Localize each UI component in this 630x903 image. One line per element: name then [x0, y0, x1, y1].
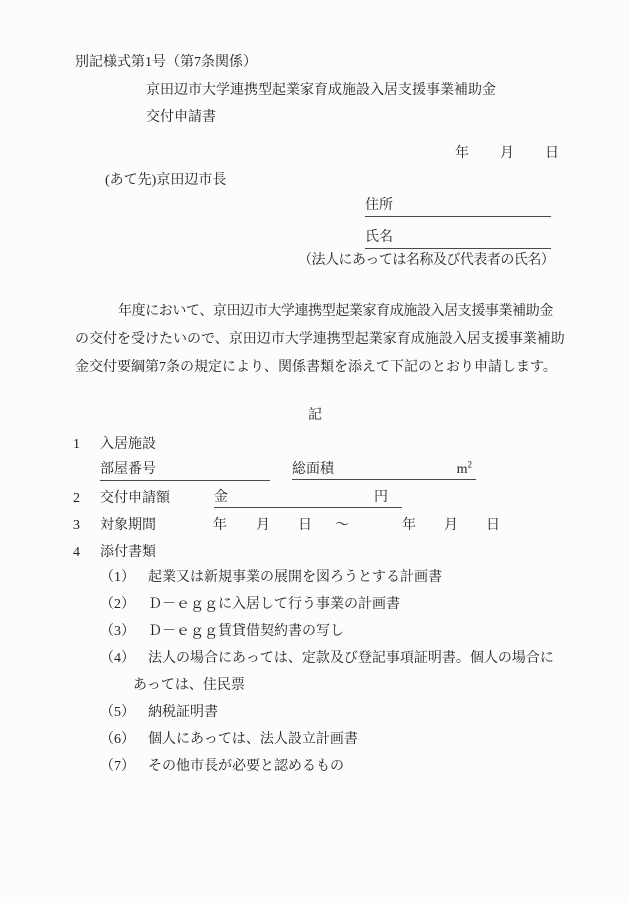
item-4-label: 添付書類: [100, 543, 156, 562]
attachment-3-text: Ｄ－ｅｇｇ賃貸借契約書の写し: [148, 622, 344, 641]
item-4-number: 4: [73, 543, 80, 562]
amount-field: 金 円: [214, 489, 402, 508]
date-day-label: 日: [545, 144, 559, 163]
addressee: (あて先)京田辺市長: [105, 171, 226, 190]
attachment-2-number: （2）: [100, 595, 135, 614]
attachment-4-continuation: あっては、住民票: [133, 676, 245, 695]
name-field-line: 氏名: [365, 229, 551, 249]
paragraph-line-3: 金交付要綱第7条の規定により、関係書類を添えて下記のとおり申請します。: [75, 354, 557, 382]
period-end-year-label: 年: [402, 516, 416, 535]
corporate-name-note: （法人にあっては名称及び代表者の氏名）: [298, 251, 554, 270]
period-start-day-label: 日: [298, 516, 312, 535]
date-month-label: 月: [500, 144, 514, 163]
area-unit: m2: [457, 461, 472, 479]
attachment-1-text: 起業又は新規事業の展開を図ろうとする計画書: [148, 568, 442, 587]
name-label: 氏名: [365, 230, 393, 245]
attachment-5-number: （5）: [100, 703, 135, 722]
document-subtitle: 交付申請書: [146, 108, 216, 127]
paragraph-line-1: 年度において、京田辺市大学連携型起業家育成施設入居支援事業補助金: [75, 298, 557, 326]
attachment-7-text: その他市長が必要と認めるもの: [148, 757, 344, 776]
period-tilde: ～: [335, 516, 349, 535]
item-2-number: 2: [73, 489, 80, 508]
item-3-number: 3: [73, 516, 80, 535]
period-end-day-label: 日: [486, 516, 500, 535]
room-number-label: 部屋番号: [100, 462, 156, 477]
attachment-6-number: （6）: [100, 730, 135, 749]
item-2-label: 交付申請額: [100, 489, 170, 508]
form-id: 別記様式第1号（第7条関係）: [75, 53, 257, 72]
period-end-month-label: 月: [444, 516, 458, 535]
attachment-4-number: （4）: [100, 649, 135, 668]
note-marker: 記: [75, 406, 555, 425]
attachment-4-text: 法人の場合にあっては、定款及び登記事項証明書。個人の場合に: [148, 649, 554, 668]
period-start-month-label: 月: [256, 516, 270, 535]
total-area-label: 総面積: [292, 461, 334, 479]
attachment-6-text: 個人にあっては、法人設立計画書: [148, 730, 358, 749]
period-start-year-label: 年: [213, 516, 227, 535]
item-3-label: 対象期間: [100, 516, 156, 535]
attachment-1-number: （1）: [100, 568, 135, 587]
attachment-7-number: （7）: [100, 757, 135, 776]
application-form-page: 別記様式第1号（第7条関係） 京田辺市大学連携型起業家育成施設入居支援事業補助金…: [0, 0, 630, 903]
document-title: 京田辺市大学連携型起業家育成施設入居支援事業補助金: [146, 81, 496, 100]
address-field-line: 住所: [365, 197, 551, 217]
amount-suffix-label: 円: [374, 489, 388, 507]
amount-prefix-label: 金: [214, 489, 228, 507]
item-1-number: 1: [73, 435, 80, 454]
room-number-field: 部屋番号: [100, 461, 270, 481]
attachment-5-text: 納税証明書: [148, 703, 218, 722]
item-1-label: 入居施設: [100, 435, 156, 454]
total-area-field: 総面積 m2: [292, 461, 476, 480]
attachment-3-number: （3）: [100, 622, 135, 641]
date-year-label: 年: [455, 144, 469, 163]
attachment-2-text: Ｄ－ｅｇｇに入居して行う事業の計画書: [148, 595, 400, 614]
address-label: 住所: [365, 198, 393, 213]
application-paragraph: 年度において、京田辺市大学連携型起業家育成施設入居支援事業補助金 の交付を受けた…: [75, 298, 557, 382]
paragraph-line-2: の交付を受けたいので、京田辺市大学連携型起業家育成施設入居支援事業補助: [75, 326, 557, 354]
area-unit-superscript: 2: [468, 459, 473, 469]
